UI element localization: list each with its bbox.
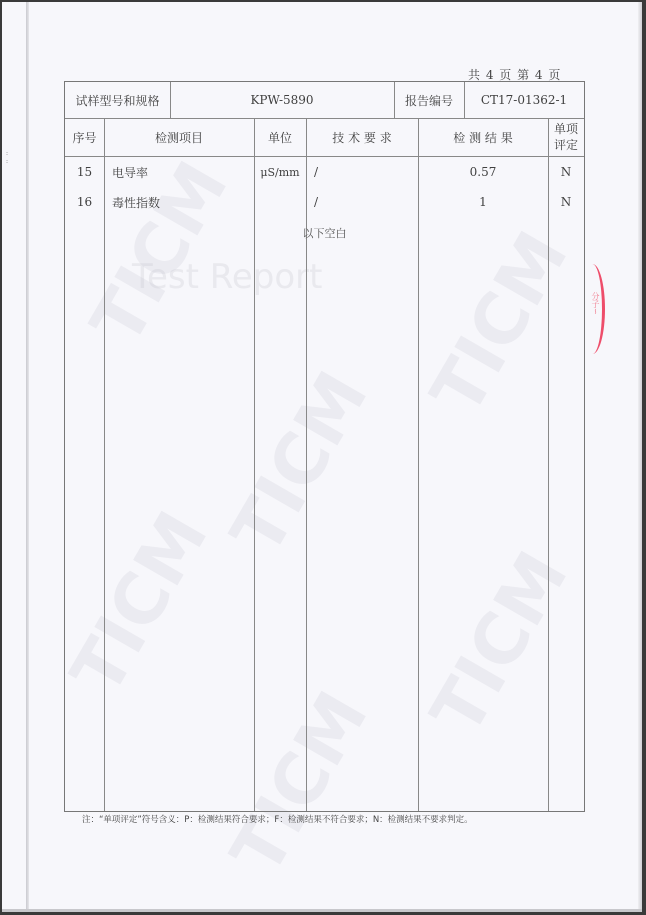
- col-header-item: 检测项目: [104, 118, 254, 156]
- col-header-result: 检 测 结 果: [418, 118, 548, 156]
- row-15-rating: N: [548, 158, 584, 186]
- row-16-result: 1: [418, 188, 548, 216]
- report-number-value: CT17-01362-1: [464, 82, 584, 118]
- sample-label: 试样型号和规格: [65, 82, 170, 118]
- rating-header-line2: 评定: [554, 137, 578, 153]
- footnote: 注：“单项评定”符号含义：P：检测结果符合要求；F：检测结果不符合要求；N：检测…: [82, 813, 473, 825]
- row-16-rating: N: [548, 188, 584, 216]
- row-15-result: 0.57: [418, 158, 548, 186]
- blank-below-note: 以下空白: [65, 225, 584, 241]
- document-page: Test Report TICM TICM TICM TICM TICM TIC…: [2, 2, 642, 912]
- col-divider: [418, 118, 419, 811]
- col-header-unit: 单位: [254, 118, 306, 156]
- row-16-item: 毒性指数: [104, 188, 254, 216]
- report-number-label: 报告编号: [394, 82, 464, 118]
- col-divider: [548, 118, 549, 811]
- col-divider: [306, 118, 307, 811]
- rating-header-line1: 单项: [554, 121, 578, 137]
- col-header-rating: 单项 评定: [548, 118, 584, 156]
- seal-stamp-text: 分子∽: [590, 292, 601, 315]
- scan-left-edge: [26, 2, 29, 912]
- margin-mark: ::: [6, 150, 8, 166]
- row-15-index: 15: [65, 158, 104, 186]
- row-16-index: 16: [65, 188, 104, 216]
- row-16-requirement: /: [306, 188, 418, 216]
- row-15-requirement: /: [306, 158, 418, 186]
- sample-value: KPW-5890: [170, 82, 394, 118]
- col-header-index: 序号: [65, 118, 104, 156]
- scan-bottom-edge: [2, 909, 642, 912]
- col-header-requirement: 技 术 要 求: [306, 118, 418, 156]
- col-divider: [254, 118, 255, 811]
- row-15-item: 电导率: [104, 158, 254, 186]
- row-divider: [65, 156, 584, 157]
- col-divider: [104, 118, 105, 811]
- report-table: 试样型号和规格 KPW-5890 报告编号 CT17-01362-1 序号 检测…: [64, 81, 585, 812]
- scan-right-edge: [638, 2, 642, 912]
- row-15-unit: μS/mm: [254, 158, 306, 186]
- row-16-unit: [254, 188, 306, 216]
